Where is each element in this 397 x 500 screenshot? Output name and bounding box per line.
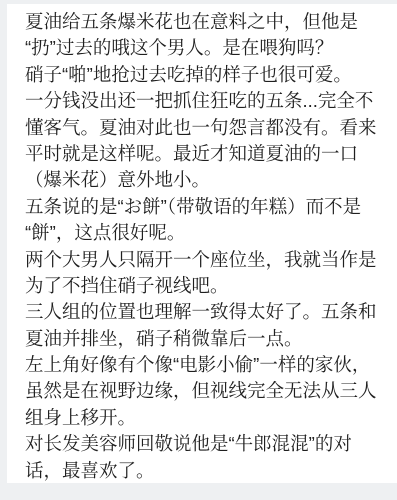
paragraph: 对长发美容师回敬说他是“牛郎混混”的对话，最喜欢了。 bbox=[25, 431, 385, 484]
page: 夏油给五条爆米花也在意料之中，但他是“扔”过去的哦这个男人。是在喂狗吗？硝子“啪… bbox=[0, 0, 397, 500]
paragraph: 硝子“啪”地抢过去吃掉的样子也很可爱。 bbox=[25, 62, 385, 88]
text-line: 夏油给五条爆米花也在意料之中，但他是 bbox=[25, 9, 385, 35]
text-line: “扔”过去的哦这个男人。是在喂狗吗？ bbox=[25, 35, 385, 61]
text-line: 平时就是这样呢。最近才知道夏油的一口 bbox=[25, 141, 385, 167]
text-line: 两个大男人只隔开一个座位坐，我就当作是 bbox=[25, 247, 385, 273]
paragraph: 夏油给五条爆米花也在意料之中，但他是“扔”过去的哦这个男人。是在喂狗吗？ bbox=[25, 9, 385, 62]
paragraph: 一分钱没出还一把抓住狂吃的五条...完全不懂客气。夏油对此也一句怨言都没有。看来… bbox=[25, 88, 385, 194]
text-line: （爆米花）意外地小。 bbox=[25, 167, 385, 193]
text-line: 左上角好像有个像“电影小偷”一样的家伙， bbox=[25, 352, 385, 378]
text-line: 一分钱没出还一把抓住狂吃的五条...完全不 bbox=[25, 88, 385, 114]
bottom-edge-bar bbox=[0, 483, 397, 500]
text-line: 硝子“啪”地抢过去吃掉的样子也很可爱。 bbox=[25, 62, 385, 88]
paragraph: 三人组的位置也理解一致得太好了。五条和夏油并排坐，硝子稍微靠后一点。 bbox=[25, 299, 385, 352]
text-line: 懂客气。夏油对此也一句怨言都没有。看来 bbox=[25, 115, 385, 141]
paragraph: 两个大男人只隔开一个座位坐，我就当作是为了不挡住硝子视线吧。 bbox=[25, 247, 385, 300]
text-line: 夏油并排坐，硝子稍微靠后一点。 bbox=[25, 326, 385, 352]
text-line: 组身上移开。 bbox=[25, 405, 385, 431]
paragraph: 五条说的是“お餅”（带敬语的年糕）而不是“餅”，这点很好呢。 bbox=[25, 194, 385, 247]
content-card: 夏油给五条爆米花也在意料之中，但他是“扔”过去的哦这个男人。是在喂狗吗？硝子“啪… bbox=[7, 4, 397, 483]
text-line: 为了不挡住硝子视线吧。 bbox=[25, 273, 385, 299]
text-line: 对长发美容师回敬说他是“牛郎混混”的对 bbox=[25, 431, 385, 457]
text-line: “餅”，这点很好呢。 bbox=[25, 220, 385, 246]
text-line: 五条说的是“お餅”（带敬语的年糕）而不是 bbox=[25, 194, 385, 220]
text-line: 三人组的位置也理解一致得太好了。五条和 bbox=[25, 299, 385, 325]
text-line: 话，最喜欢了。 bbox=[25, 458, 385, 484]
text-line: 虽然是在视野边缘，但视线完全无法从三人 bbox=[25, 378, 385, 404]
text-block: 夏油给五条爆米花也在意料之中，但他是“扔”过去的哦这个男人。是在喂狗吗？硝子“啪… bbox=[7, 4, 397, 484]
paragraph: 左上角好像有个像“电影小偷”一样的家伙，虽然是在视野边缘，但视线完全无法从三人组… bbox=[25, 352, 385, 431]
